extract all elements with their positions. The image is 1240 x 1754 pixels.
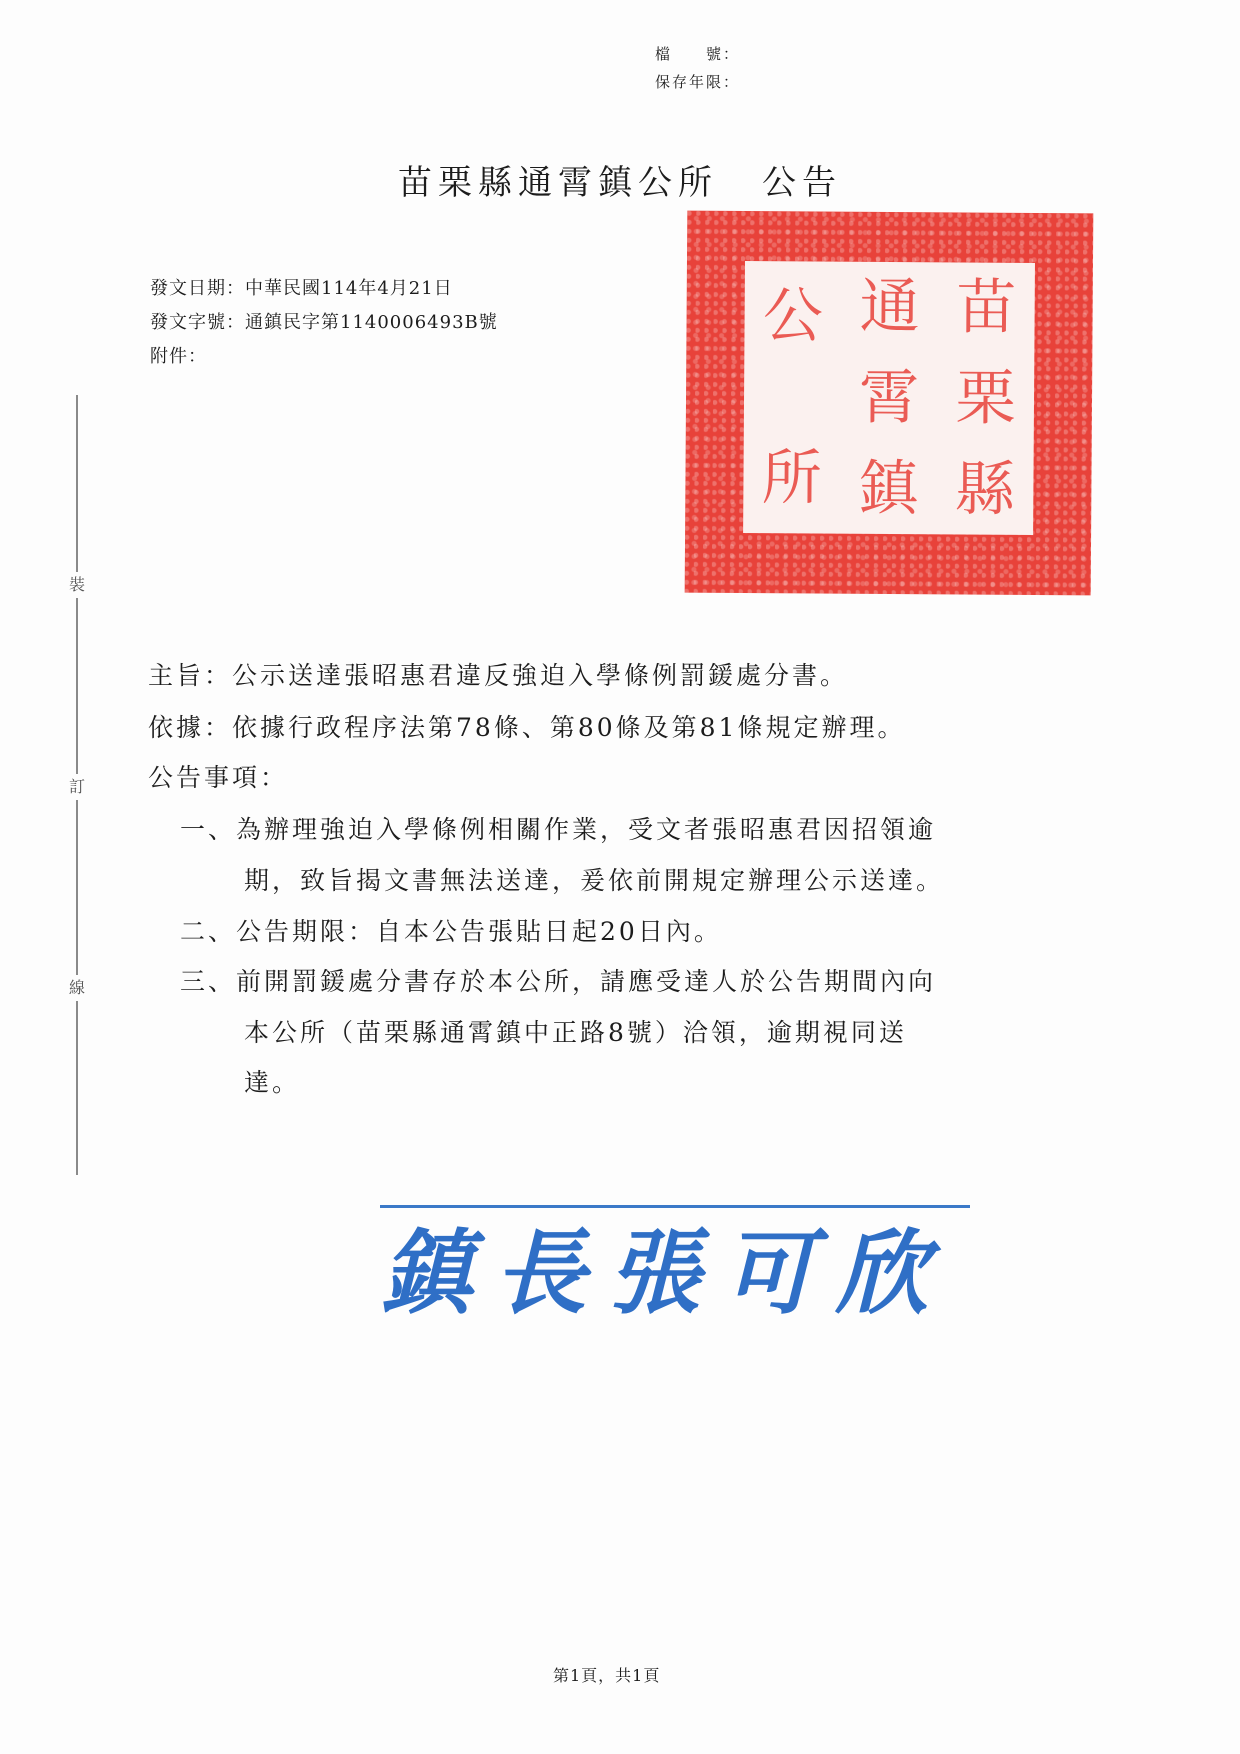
item-1: 一、為辦理強迫入學條例相關作業，受文者張昭惠君因招領逾 bbox=[180, 810, 936, 846]
seal-column-1: 苗 栗 縣 bbox=[936, 262, 1035, 535]
binding-char-ding: 訂 bbox=[64, 774, 90, 800]
file-number-label: 檔 號： bbox=[655, 40, 740, 68]
subject-label: 主旨： bbox=[148, 661, 232, 690]
item-marker: 三、 bbox=[180, 967, 236, 996]
announcement-items-label: 公告事項： bbox=[148, 758, 288, 794]
archive-fields: 檔 號： 保存年限： bbox=[655, 40, 740, 96]
attachment-row: 附件： bbox=[150, 340, 498, 374]
page-indicator: 第1頁，共1頁 bbox=[553, 1663, 660, 1686]
seal-char: 通 bbox=[859, 277, 919, 337]
issue-number-value: 通鎮民字第1140006493B號 bbox=[245, 312, 498, 333]
seal-char: 鎮 bbox=[858, 458, 918, 518]
subject-row: 主旨：公示送達張昭惠君違反強迫入學條例罰鍰處分書。 bbox=[148, 656, 848, 692]
basis-text: 依據行政程序法第78條、第80條及第81條規定辦理。 bbox=[232, 713, 905, 742]
official-seal-stamp: 苗 栗 縣 通 霄 鎮 公 所 bbox=[685, 211, 1094, 596]
item-2: 二、公告期限：自本公告張貼日起20日內。 bbox=[180, 912, 722, 948]
issue-info: 發文日期：中華民國114年4月21日 發文字號：通鎮民字第1140006493B… bbox=[150, 272, 498, 374]
basis-label: 依據： bbox=[148, 713, 232, 742]
item-3-continuation-2: 達。 bbox=[244, 1063, 300, 1099]
basis-row: 依據：依據行政程序法第78條、第80條及第81條規定辦理。 bbox=[148, 708, 905, 744]
document-title: 苗栗縣通霄鎮公所公告 bbox=[398, 155, 842, 204]
seal-inner-field: 苗 栗 縣 通 霄 鎮 公 所 bbox=[743, 261, 1035, 535]
seal-column-3: 公 所 bbox=[743, 261, 842, 534]
seal-char: 公 bbox=[763, 286, 823, 346]
agency-name: 苗栗縣通霄鎮公所 bbox=[398, 163, 718, 203]
item-1-continuation: 期，致旨揭文書無法送達，爰依前開規定辦理公示送達。 bbox=[244, 861, 944, 897]
item-marker: 二、 bbox=[180, 917, 236, 946]
subject-text: 公示送達張昭惠君違反強迫入學條例罰鍰處分書。 bbox=[232, 661, 848, 690]
item-3: 三、前開罰鍰處分書存於本公所，請應受達人於公告期間內向 bbox=[180, 962, 936, 998]
seal-column-2: 通 霄 鎮 bbox=[840, 262, 939, 535]
issue-date-row: 發文日期：中華民國114年4月21日 bbox=[150, 272, 498, 306]
attachment-label: 附件： bbox=[150, 346, 207, 367]
mayor-signature-stamp: 鎮長張可欣 bbox=[380, 1205, 970, 1338]
binding-char-zhuang: 裝 bbox=[64, 572, 90, 598]
seal-char: 苗 bbox=[956, 278, 1016, 338]
retention-period-label: 保存年限： bbox=[655, 68, 740, 96]
item-line: 公告期限：自本公告張貼日起20日內。 bbox=[236, 917, 722, 946]
item-marker: 一、 bbox=[180, 815, 236, 844]
issue-date-value: 中華民國114年4月21日 bbox=[245, 278, 453, 299]
document-type: 公告 bbox=[762, 163, 842, 203]
binding-char-xian: 線 bbox=[64, 975, 90, 1001]
issue-date-label: 發文日期： bbox=[150, 278, 245, 299]
issue-number-row: 發文字號：通鎮民字第1140006493B號 bbox=[150, 306, 498, 340]
item-line: 前開罰鍰處分書存於本公所，請應受達人於公告期間內向 bbox=[236, 967, 936, 996]
seal-char: 所 bbox=[762, 448, 822, 508]
item-3-continuation: 本公所（苗栗縣通霄鎮中正路8號）洽領，逾期視同送 bbox=[244, 1013, 907, 1049]
issue-number-label: 發文字號： bbox=[150, 312, 245, 333]
seal-char: 縣 bbox=[955, 459, 1015, 519]
item-line: 為辦理強迫入學條例相關作業，受文者張昭惠君因招領逾 bbox=[236, 815, 936, 844]
seal-char: 霄 bbox=[859, 368, 919, 428]
seal-char: 栗 bbox=[955, 368, 1015, 428]
